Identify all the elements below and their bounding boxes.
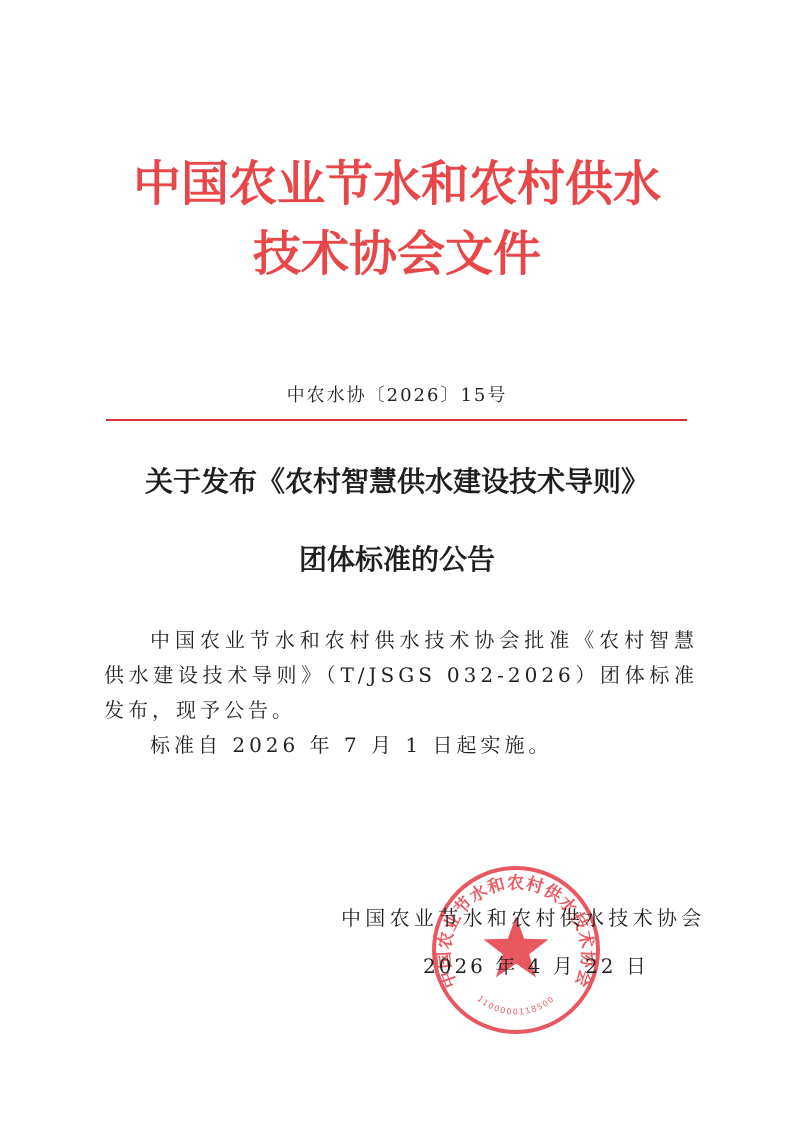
body-paragraph-1: 中国农业节水和农村供水技术协会批准《农村智慧供水建设技术导则》（T/JSGS 0… [104, 623, 698, 728]
signature-date: 2026 年 4 月 22 日 [423, 950, 649, 979]
masthead-line-2: 技术协会文件 [0, 230, 794, 278]
body-paragraph-2: 标准自 2026 年 7 月 1 日起实施。 [104, 728, 698, 763]
title-line-2: 团体标准的公告 [0, 546, 794, 574]
title-line-1: 关于发布《农村智慧供水建设技术导则》 [0, 468, 794, 496]
document-number: 中农水协〔2026〕15号 [0, 381, 794, 407]
signature-organization: 中国农业节水和农村供水技术协会 [341, 902, 706, 931]
masthead-line-1: 中国农业节水和农村供水 [0, 160, 794, 208]
red-divider [106, 419, 687, 421]
svg-text:1100000118500: 1100000118500 [476, 994, 557, 1017]
seal-serial: 1100000118500 [476, 994, 557, 1017]
